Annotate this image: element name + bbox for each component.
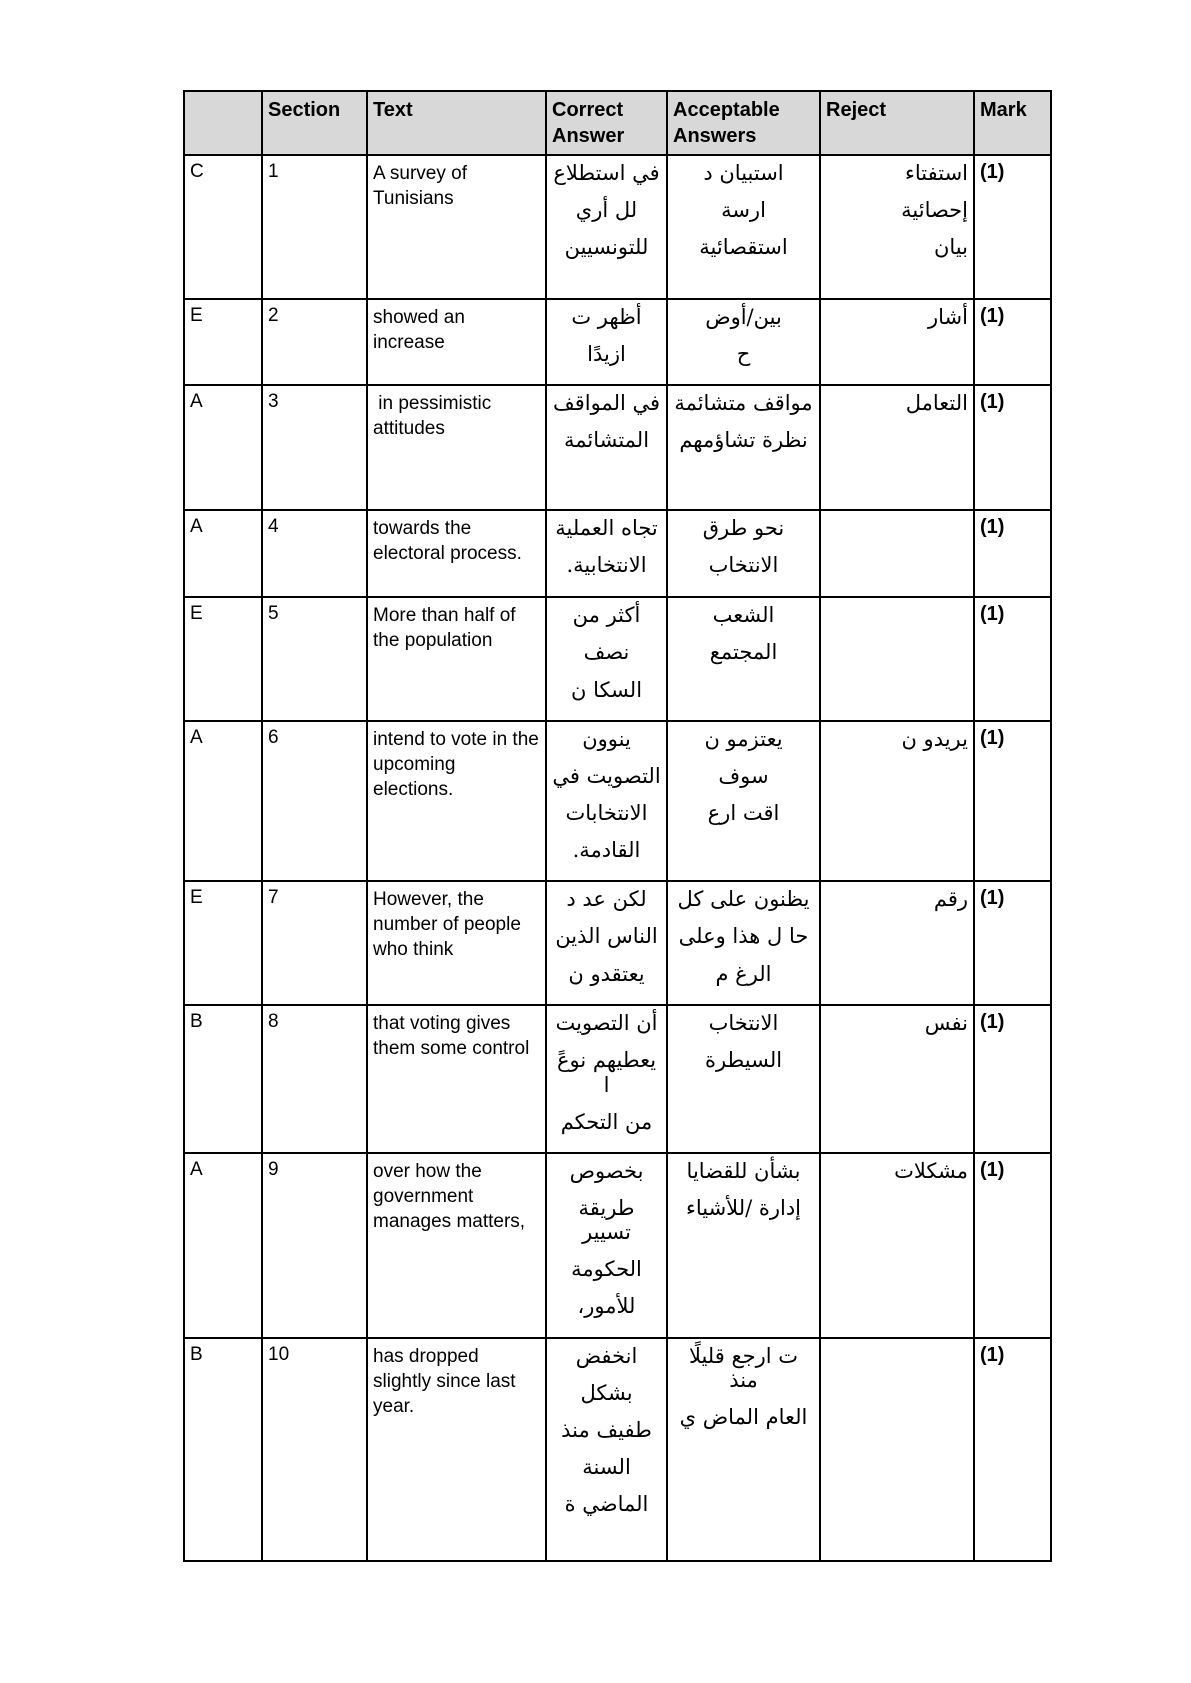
acceptable-answers-cell: استبيان دارسةاستقصائية	[667, 155, 820, 299]
text-cell: However, the number of people who think	[367, 881, 546, 1005]
arabic-line: السكا ن	[552, 678, 661, 702]
table-header: Section Text Correct Answer Acceptable A…	[184, 91, 1051, 155]
correct-answer-cell: في استطلاعلل أريللتونسيين	[546, 155, 667, 299]
arabic-line: يظنون على كل	[673, 887, 814, 911]
table-row: A 4 towards the electoral process. تجاه …	[184, 510, 1051, 597]
header-cell-reject: Reject	[820, 91, 974, 155]
mark-scheme-table: Section Text Correct Answer Acceptable A…	[183, 90, 1052, 1562]
arabic-line: العام الماض ي	[673, 1405, 814, 1429]
arabic-line: في استطلاع	[552, 161, 661, 185]
acceptable-answers-cell: بشأن للقضاياإدارة /للأشياء	[667, 1153, 820, 1338]
arabic-line: بيان	[826, 235, 968, 259]
text-cell: intend to vote in the upcoming elections…	[367, 721, 546, 882]
arabic-line: نصف	[552, 640, 661, 664]
header-cell-section: Section	[262, 91, 367, 155]
letter-cell: E	[184, 881, 262, 1005]
arabic-line: إحصائية	[826, 198, 968, 222]
reject-cell: مشكلات	[820, 1153, 974, 1338]
mark-cell: (1)	[974, 1005, 1051, 1153]
letter-cell: E	[184, 299, 262, 385]
arabic-line: الحكومة	[552, 1257, 661, 1281]
table-row: A 3 in pessimistic attitudes في المواقفا…	[184, 385, 1051, 510]
arabic-line: انخفض	[552, 1344, 661, 1368]
acceptable-answers-cell: الانتخابالسيطرة	[667, 1005, 820, 1153]
correct-answer-cell: أن التصويتيعطيهم نوعً امن التحكم	[546, 1005, 667, 1153]
correct-answer-cell: ينوونالتصويت فيالانتخاباتالقادمة.	[546, 721, 667, 882]
section-cell: 8	[262, 1005, 367, 1153]
section-cell: 1	[262, 155, 367, 299]
header-cell-text: Text	[367, 91, 546, 155]
reject-cell	[820, 510, 974, 597]
arabic-line: ينوون	[552, 727, 661, 751]
header-cell-blank	[184, 91, 262, 155]
header-cell-correct: Correct Answer	[546, 91, 667, 155]
reject-cell: يريدو ن	[820, 721, 974, 882]
arabic-line: طفيف منذ	[552, 1418, 661, 1442]
table-row: E 7 However, the number of people who th…	[184, 881, 1051, 1005]
arabic-line: اقت ارع	[673, 801, 814, 825]
arabic-line: للتونسيين	[552, 235, 661, 259]
letter-cell: B	[184, 1005, 262, 1153]
reject-cell: رقم	[820, 881, 974, 1005]
correct-answer-cell: أظهر تازيدًا	[546, 299, 667, 385]
arabic-line: تجاه العملية	[552, 516, 661, 540]
reject-cell	[820, 1338, 974, 1561]
arabic-line: لل أري	[552, 198, 661, 222]
arabic-line: يعتقدو ن	[552, 962, 661, 986]
section-cell: 4	[262, 510, 367, 597]
text-cell: that voting gives them some control	[367, 1005, 546, 1153]
header-row: Section Text Correct Answer Acceptable A…	[184, 91, 1051, 155]
arabic-line: ازيدًا	[552, 342, 661, 366]
table-row: B 10 has dropped slightly since last yea…	[184, 1338, 1051, 1561]
header-cell-mark: Mark	[974, 91, 1051, 155]
arabic-line: الانتخابية.	[552, 553, 661, 577]
arabic-line: التعامل	[826, 391, 968, 415]
arabic-line: أكثر من	[552, 603, 661, 627]
arabic-line: بشكل	[552, 1381, 661, 1405]
section-cell: 7	[262, 881, 367, 1005]
acceptable-answers-cell: نحو طرقالانتخاب	[667, 510, 820, 597]
arabic-line: ارسة	[673, 198, 814, 222]
arabic-line: نظرة تشاؤمهم	[673, 428, 814, 452]
arabic-line: رقم	[826, 887, 968, 911]
table-row: C 1 A survey of Tunisians في استطلاعلل أ…	[184, 155, 1051, 299]
section-cell: 5	[262, 597, 367, 720]
text-cell: in pessimistic attitudes	[367, 385, 546, 510]
arabic-line: أشار	[826, 305, 968, 329]
text-cell: towards the electoral process.	[367, 510, 546, 597]
arabic-line: السنة	[552, 1455, 661, 1479]
arabic-line: الرغ م	[673, 962, 814, 986]
correct-answer-cell: أكثر مننصفالسكا ن	[546, 597, 667, 720]
arabic-line: السيطرة	[673, 1048, 814, 1072]
arabic-line: من التحكم	[552, 1110, 661, 1134]
letter-cell: A	[184, 385, 262, 510]
mark-cell: (1)	[974, 721, 1051, 882]
arabic-line: في المواقف	[552, 391, 661, 415]
arabic-line: سوف	[673, 764, 814, 788]
reject-cell: نفس	[820, 1005, 974, 1153]
arabic-line: يريدو ن	[826, 727, 968, 751]
mark-cell: (1)	[974, 299, 1051, 385]
arabic-line: المتشائمة	[552, 428, 661, 452]
section-cell: 9	[262, 1153, 367, 1338]
arabic-line: الشعب	[673, 603, 814, 627]
arabic-line: الماضي ة	[552, 1492, 661, 1516]
arabic-line: نحو طرق	[673, 516, 814, 540]
letter-cell: C	[184, 155, 262, 299]
arabic-line: التصويت في	[552, 764, 661, 788]
acceptable-answers-cell: الشعبالمجتمع	[667, 597, 820, 720]
acceptable-answers-cell: مواقف متشائمةنظرة تشاؤمهم	[667, 385, 820, 510]
arabic-line: لكن عد د	[552, 887, 661, 911]
arabic-line: للأمور،	[552, 1294, 661, 1318]
correct-answer-cell: انخفضبشكلطفيف منذالسنةالماضي ة	[546, 1338, 667, 1561]
text-cell: showed an increase	[367, 299, 546, 385]
reject-cell: التعامل	[820, 385, 974, 510]
arabic-line: إدارة /للأشياء	[673, 1196, 814, 1220]
table-row: E 5 More than half of the population أكث…	[184, 597, 1051, 720]
arabic-line: الانتخاب	[673, 553, 814, 577]
mark-cell: (1)	[974, 155, 1051, 299]
arabic-line: يعتزمو ن	[673, 727, 814, 751]
arabic-line: استقصائية	[673, 235, 814, 259]
arabic-line: القادمة.	[552, 838, 661, 862]
acceptable-answers-cell: يظنون على كلحا ل هذا وعلىالرغ م	[667, 881, 820, 1005]
text-cell: has dropped slightly since last year.	[367, 1338, 546, 1561]
acceptable-answers-cell: ت ارجع قليلًا منذالعام الماض ي	[667, 1338, 820, 1561]
section-cell: 6	[262, 721, 367, 882]
correct-answer-cell: تجاه العمليةالانتخابية.	[546, 510, 667, 597]
arabic-line: الناس الذين	[552, 924, 661, 948]
arabic-line: استبيان د	[673, 161, 814, 185]
letter-cell: E	[184, 597, 262, 720]
header-cell-acceptable: Acceptable Answers	[667, 91, 820, 155]
text-cell: A survey of Tunisians	[367, 155, 546, 299]
arabic-line: أن التصويت	[552, 1011, 661, 1035]
correct-answer-cell: بخصوصطريقة تسييرالحكومةللأمور،	[546, 1153, 667, 1338]
letter-cell: A	[184, 721, 262, 882]
arabic-line: بخصوص	[552, 1159, 661, 1183]
arabic-line: الانتخاب	[673, 1011, 814, 1035]
arabic-line: بشأن للقضايا	[673, 1159, 814, 1183]
arabic-line: حا ل هذا وعلى	[673, 924, 814, 948]
mark-cell: (1)	[974, 1338, 1051, 1561]
text-cell: over how the government manages matters,	[367, 1153, 546, 1338]
arabic-line: استفتاء	[826, 161, 968, 185]
correct-answer-cell: في المواقفالمتشائمة	[546, 385, 667, 510]
arabic-line: ت ارجع قليلًا منذ	[673, 1344, 814, 1392]
arabic-line: نفس	[826, 1011, 968, 1035]
arabic-line: ح	[673, 342, 814, 366]
table-row: A 9 over how the government manages matt…	[184, 1153, 1051, 1338]
table-row: B 8 that voting gives them some control …	[184, 1005, 1051, 1153]
acceptable-answers-cell: يعتزمو نسوفاقت ارع	[667, 721, 820, 882]
reject-cell: أشار	[820, 299, 974, 385]
arabic-line: طريقة تسيير	[552, 1196, 661, 1244]
reject-cell	[820, 597, 974, 720]
section-cell: 2	[262, 299, 367, 385]
mark-cell: (1)	[974, 385, 1051, 510]
section-cell: 10	[262, 1338, 367, 1561]
arabic-line: يعطيهم نوعً ا	[552, 1048, 661, 1096]
acceptable-answers-cell: بين/أوضح	[667, 299, 820, 385]
arabic-line: مواقف متشائمة	[673, 391, 814, 415]
reject-cell: استفتاءإحصائيةبيان	[820, 155, 974, 299]
mark-cell: (1)	[974, 597, 1051, 720]
letter-cell: A	[184, 510, 262, 597]
mark-cell: (1)	[974, 1153, 1051, 1338]
text-cell: More than half of the population	[367, 597, 546, 720]
arabic-line: المجتمع	[673, 640, 814, 664]
arabic-line: مشكلات	[826, 1159, 968, 1183]
document-page: Section Text Correct Answer Acceptable A…	[0, 0, 1191, 1683]
correct-answer-cell: لكن عد دالناس الذينيعتقدو ن	[546, 881, 667, 1005]
section-cell: 3	[262, 385, 367, 510]
table-row: A 6 intend to vote in the upcoming elect…	[184, 721, 1051, 882]
letter-cell: A	[184, 1153, 262, 1338]
arabic-line: الانتخابات	[552, 801, 661, 825]
arabic-line: بين/أوض	[673, 305, 814, 329]
table-row: E 2 showed an increase أظهر تازيدًا بين/…	[184, 299, 1051, 385]
mark-cell: (1)	[974, 510, 1051, 597]
table-body: C 1 A survey of Tunisians في استطلاعلل أ…	[184, 155, 1051, 1561]
mark-cell: (1)	[974, 881, 1051, 1005]
arabic-line: أظهر ت	[552, 305, 661, 329]
letter-cell: B	[184, 1338, 262, 1561]
